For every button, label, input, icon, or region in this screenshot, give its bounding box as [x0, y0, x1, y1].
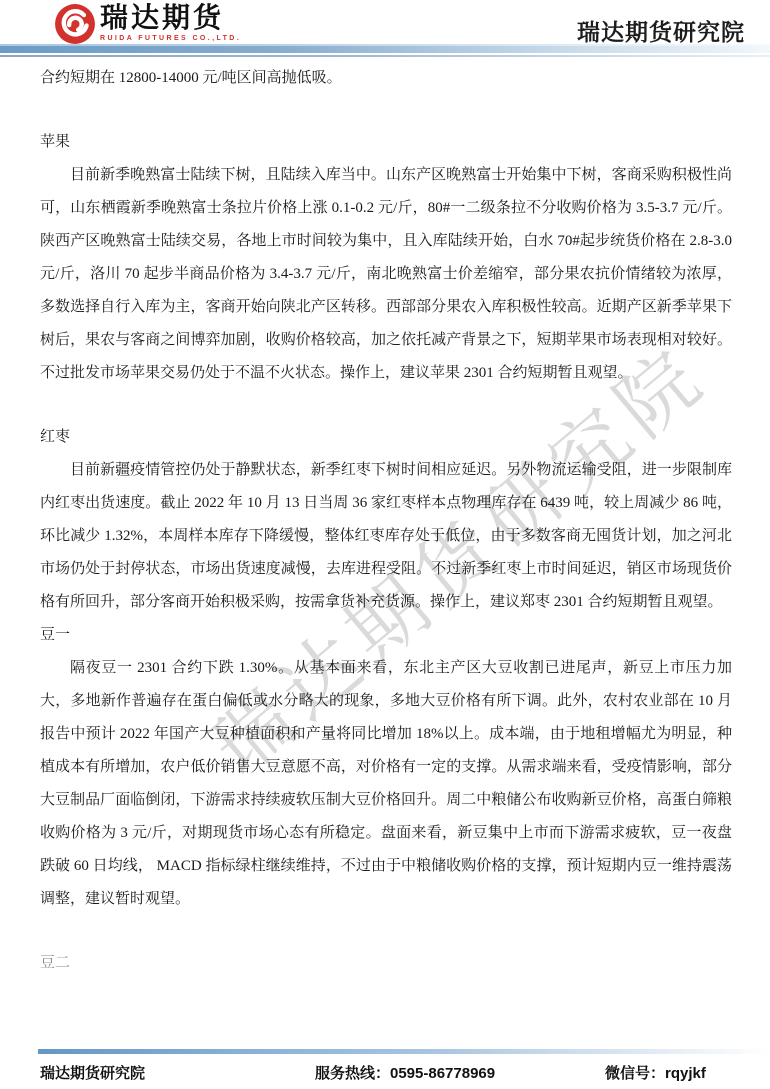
footer-hotline: 服务热线：0595-86778969: [315, 1062, 605, 1083]
section-paragraph-soybean-no1: 隔夜豆一 2301 合约下跌 1.30%。从基本面来看，东北主产区大豆收割已进尾…: [40, 652, 732, 916]
report-page: 瑞达期货 RUIDA FUTURES CO.,LTD. 瑞达期货研究院 瑞达期货…: [0, 0, 770, 1089]
header-band-gradient: [0, 44, 770, 53]
footer-institute: 瑞达期货研究院: [40, 1062, 315, 1083]
intro-continuation-line: 合约短期在 12800-14000 元/吨区间高抛低吸。: [40, 62, 732, 95]
section-paragraph-red-date: 目前新疆疫情管控仍处于静默状态，新季红枣下树时间相应延迟。另外物流运输受阻，进一…: [40, 454, 732, 619]
footer-divider-band: [38, 1049, 770, 1054]
section-heading-soybean-no2: 豆二: [40, 947, 732, 980]
section-heading-apple: 苹果: [40, 126, 732, 159]
report-body: 合约短期在 12800-14000 元/吨区间高抛低吸。 苹果 目前新季晚熟富士…: [40, 62, 732, 980]
header-band-line: [0, 55, 770, 57]
footer-wechat: 微信号：rqyjkf: [605, 1062, 706, 1083]
page-footer: 瑞达期货研究院 服务热线：0595-86778969 微信号：rqyjkf: [0, 1046, 770, 1089]
section-heading-red-date: 红枣: [40, 421, 732, 454]
section-paragraph-apple: 目前新季晚熟富士陆续下树，且陆续入库当中。山东产区晚熟富士开始集中下树，客商采购…: [40, 159, 732, 390]
logo-company-name: 瑞达期货: [100, 3, 241, 33]
logo-company-name-en: RUIDA FUTURES CO.,LTD.: [100, 35, 241, 42]
logo-text: 瑞达期货 RUIDA FUTURES CO.,LTD.: [100, 3, 241, 42]
ruida-logo-icon: [54, 3, 96, 45]
section-heading-soybean-no1: 豆一: [40, 619, 732, 652]
header-divider-band: [0, 44, 770, 57]
footer-row: 瑞达期货研究院 服务热线：0595-86778969 微信号：rqyjkf: [40, 1062, 730, 1083]
page-header: 瑞达期货 RUIDA FUTURES CO.,LTD. 瑞达期货研究院: [0, 0, 770, 60]
institute-title: 瑞达期货研究院: [577, 14, 745, 47]
ruida-logo: 瑞达期货 RUIDA FUTURES CO.,LTD.: [54, 3, 241, 45]
